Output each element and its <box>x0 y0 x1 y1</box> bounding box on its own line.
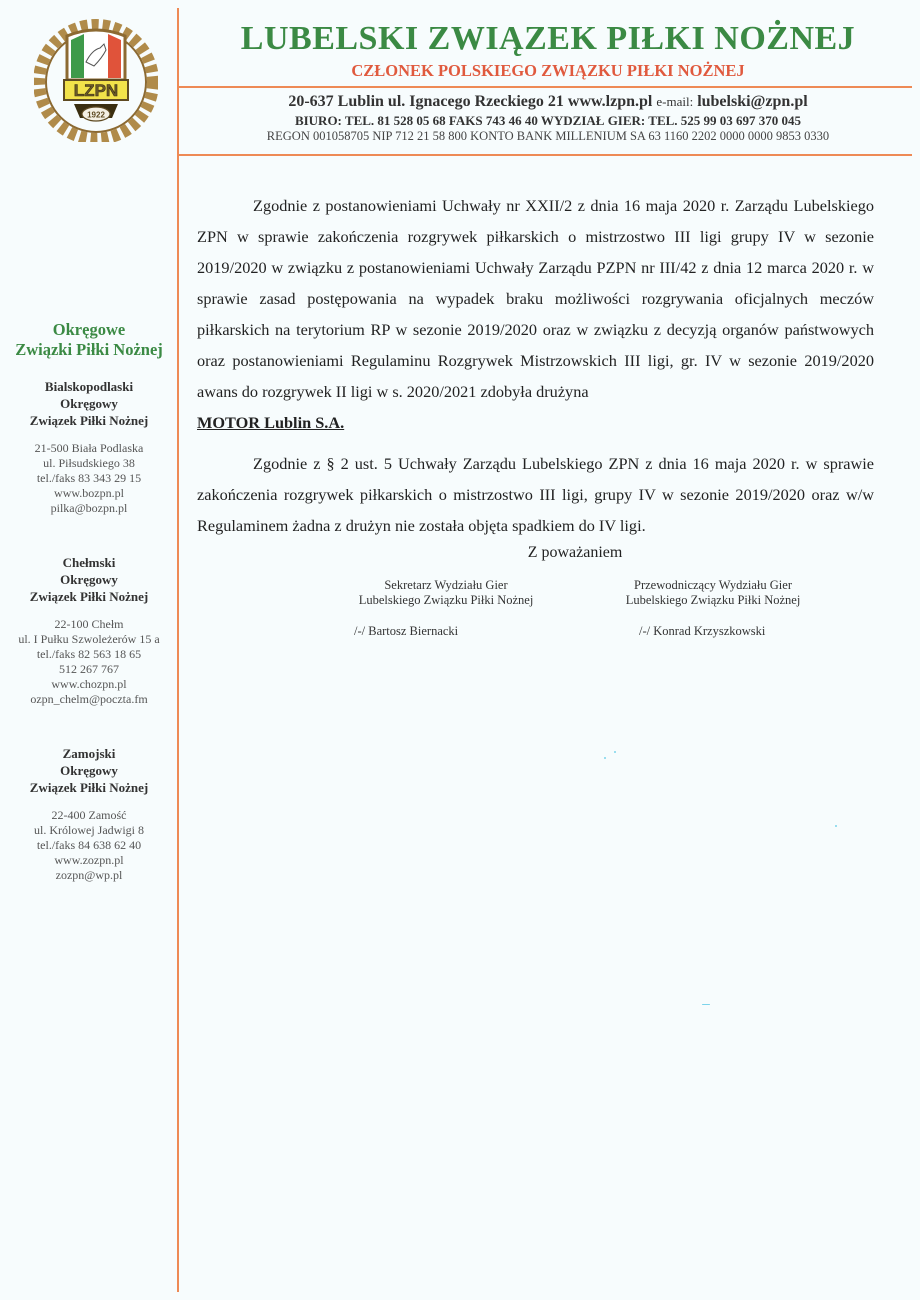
org-contact-line: 512 267 767 <box>0 662 178 677</box>
org-contact-line: tel./faks 84 638 62 40 <box>0 838 178 853</box>
street-address: 20-637 Lublin ul. Ignacego Rzeckiego 21 … <box>288 93 652 110</box>
org-name-line: Bialskopodlaski <box>0 378 178 395</box>
paragraph-text: Zgodnie z postanowieniami Uchwały nr XXI… <box>197 196 874 401</box>
org-email[interactable]: pilka@bozpn.pl <box>0 501 178 516</box>
signature-secretary: Sekretarz Wydziału Gier Lubelskiego Zwią… <box>326 578 566 639</box>
scan-speck <box>702 1004 710 1005</box>
sidebar-heading-line: Związki Piłki Nożnej <box>0 340 178 360</box>
signatory-organization: Lubelskiego Związku Piłki Nożnej <box>593 593 833 608</box>
address-line: 20-637 Lublin ul. Ignacego Rzeckiego 21 … <box>178 93 918 111</box>
org-website[interactable]: www.bozpn.pl <box>0 486 178 501</box>
header-rule-top <box>178 86 912 88</box>
org-contact: 21-500 Biała Podlaska ul. Piłsudskiego 3… <box>0 441 178 516</box>
header-rule-bottom <box>178 154 912 156</box>
organization-title: LUBELSKI ZWIĄZEK PIŁKI NOŻNEJ <box>178 20 918 58</box>
org-zamojski: Zamojski Okręgowy Związek Piłki Nożnej 2… <box>0 745 178 883</box>
signatory-role: Przewodniczący Wydziału Gier <box>593 578 833 593</box>
org-contact-line: ul. Królowej Jadwigi 8 <box>0 823 178 838</box>
scan-speck <box>835 825 837 827</box>
org-name-line: Okręgowy <box>0 762 178 779</box>
signature-chairman: Przewodniczący Wydziału Gier Lubelskiego… <box>593 578 833 639</box>
phones-line: BIURO: TEL. 81 528 05 68 FAKS 743 46 40 … <box>178 113 918 129</box>
lzpn-emblem-icon: LZPN 1922 <box>34 18 158 142</box>
signatory-role: Sekretarz Wydziału Gier <box>326 578 566 593</box>
org-name-line: Zamojski <box>0 745 178 762</box>
closing-salutation: Z poważaniem <box>340 544 810 562</box>
org-contact-line: 21-500 Biała Podlaska <box>0 441 178 456</box>
sidebar-heading-line: Okręgowe <box>0 320 178 340</box>
paragraph-relegation: Zgodnie z § 2 ust. 5 Uchwały Zarządu Lub… <box>197 448 874 541</box>
sidebar-heading: Okręgowe Związki Piłki Nożnej <box>0 320 178 360</box>
signatory-name: /-/ Konrad Krzyszkowski <box>593 624 833 639</box>
svg-text:LZPN: LZPN <box>74 81 118 100</box>
org-email[interactable]: zozpn@wp.pl <box>0 868 178 883</box>
org-name: Bialskopodlaski Okręgowy Związek Piłki N… <box>0 378 178 429</box>
org-website[interactable]: www.zozpn.pl <box>0 853 178 868</box>
signatory-name: /-/ Bartosz Biernacki <box>326 624 566 639</box>
org-email[interactable]: ozpn_chelm@poczta.fm <box>0 692 178 707</box>
organization-subtitle: CZŁONEK POLSKIEGO ZWIĄZKU PIŁKI NOŻNEJ <box>178 61 918 81</box>
svg-text:1922: 1922 <box>87 111 105 120</box>
org-website[interactable]: www.chozpn.pl <box>0 677 178 692</box>
org-contact: 22-100 Chełm ul. I Pułku Szwoleżerów 15 … <box>0 617 178 707</box>
letter-body: Zgodnie z postanowieniami Uchwały nr XXI… <box>197 190 874 541</box>
org-contact-line: 22-100 Chełm <box>0 617 178 632</box>
org-contact-line: 22-400 Zamość <box>0 808 178 823</box>
org-name-line: Związek Piłki Nożnej <box>0 412 178 429</box>
sidebar-regional-associations: Okręgowe Związki Piłki Nożnej Bialskopod… <box>0 320 178 883</box>
org-contact: 22-400 Zamość ul. Królowej Jadwigi 8 tel… <box>0 808 178 883</box>
paragraph-promotion: Zgodnie z postanowieniami Uchwały nr XXI… <box>197 190 874 438</box>
org-contact-line: tel./faks 82 563 18 65 <box>0 647 178 662</box>
org-name: Zamojski Okręgowy Związek Piłki Nożnej <box>0 745 178 796</box>
org-name-line: Związek Piłki Nożnej <box>0 588 178 605</box>
email-label: e-mail: <box>656 94 693 109</box>
signatory-organization: Lubelskiego Związku Piłki Nożnej <box>326 593 566 608</box>
org-chelmski: Chełmski Okręgowy Związek Piłki Nożnej 2… <box>0 554 178 707</box>
org-bialskopodlaski: Bialskopodlaski Okręgowy Związek Piłki N… <box>0 378 178 516</box>
org-contact-line: ul. Piłsudskiego 38 <box>0 456 178 471</box>
org-name-line: Chełmski <box>0 554 178 571</box>
org-contact-line: ul. I Pułku Szwoleżerów 15 a <box>0 632 178 647</box>
registry-line: REGON 001058705 NIP 712 21 58 800 KONTO … <box>178 129 918 144</box>
promoted-team: MOTOR Lublin S.A. <box>197 413 344 432</box>
scan-speck <box>604 757 606 759</box>
org-name-line: Związek Piłki Nożnej <box>0 779 178 796</box>
scan-speck <box>614 751 616 753</box>
org-contact-line: tel./faks 83 343 29 15 <box>0 471 178 486</box>
email-address[interactable]: lubelski@zpn.pl <box>697 93 807 110</box>
org-name-line: Okręgowy <box>0 395 178 412</box>
org-name: Chełmski Okręgowy Związek Piłki Nożnej <box>0 554 178 605</box>
org-name-line: Okręgowy <box>0 571 178 588</box>
